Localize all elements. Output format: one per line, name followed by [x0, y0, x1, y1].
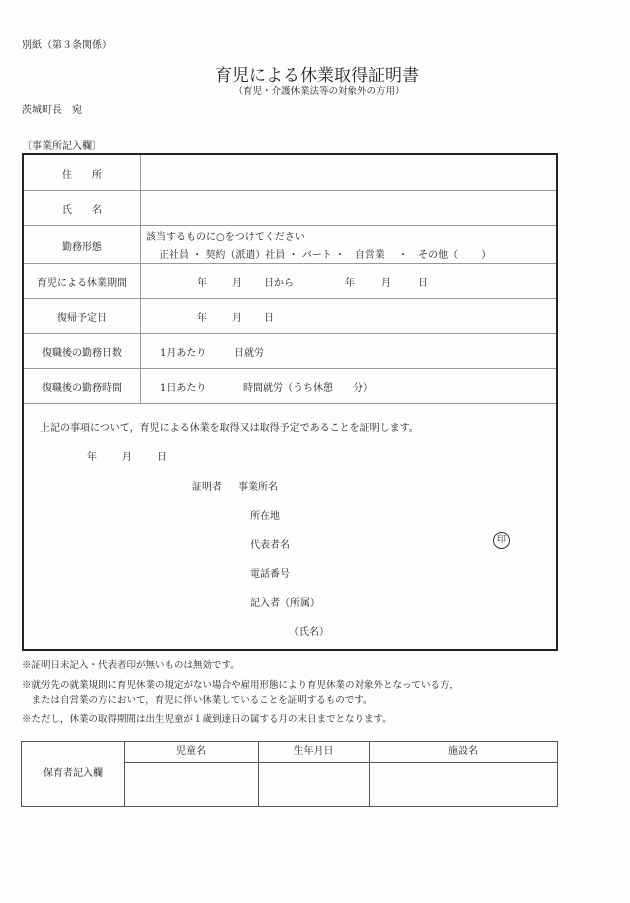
- certification-statement: 上記の事項について，育児による休業を取得又は取得予定であることを証明します。: [40, 419, 419, 434]
- return-date-label: 復帰予定日: [24, 309, 140, 324]
- employer-form-table: 住 所 氏 名 勤務形態 該当するものに○をつけてください 正社員 ・ 契約（派…: [22, 153, 558, 651]
- leave-start-month[interactable]: 月: [232, 274, 242, 289]
- child-name-field[interactable]: [125, 762, 258, 806]
- location-label: 所在地: [250, 507, 280, 522]
- filler-affiliation-label: 記入者（所属）: [250, 594, 320, 609]
- filler-name-label: （氏名）: [289, 623, 329, 638]
- work-type-options[interactable]: 正社員 ・ 契約（派遣）社員 ・ パート ・ 自営業 ・ その他（ ）: [159, 246, 491, 261]
- representative-label: 代表者名: [250, 536, 290, 551]
- nursery-table: 保育者記入欄 児童名 生年月日 施設名: [21, 741, 558, 807]
- row-divider: [24, 368, 556, 369]
- working-hours-suffix[interactable]: 時間就労（うち休憩 分）: [243, 379, 373, 394]
- return-month[interactable]: 月: [232, 309, 242, 324]
- address-label: 住 所: [24, 166, 140, 181]
- note-1: ※証明日未記入・代表者印が無いものは無効です。: [22, 657, 240, 671]
- name-label: 氏 名: [24, 201, 140, 216]
- cert-year[interactable]: 年: [87, 448, 97, 463]
- name-field[interactable]: [144, 191, 554, 225]
- nursery-section-label: 保育者記入欄: [22, 742, 124, 806]
- cert-month[interactable]: 月: [122, 448, 132, 463]
- annex-label: 別紙（第３条関係）: [22, 36, 112, 51]
- leave-start-year[interactable]: 年: [197, 274, 207, 289]
- cert-day[interactable]: 日: [157, 448, 167, 463]
- leave-end-year[interactable]: 年: [345, 274, 355, 289]
- addressee: 茨城町長 宛: [22, 101, 82, 116]
- row-divider: [24, 298, 556, 299]
- work-type-instruction: 該当するものに○をつけてください: [146, 228, 305, 243]
- label-column-divider: [140, 155, 141, 403]
- return-day[interactable]: 日: [264, 309, 274, 324]
- birthdate-field[interactable]: [259, 762, 369, 806]
- leave-end-day[interactable]: 日: [418, 274, 428, 289]
- note-2-cont: または自営業の方において，育児に伴い休業していることを証明するものです。: [22, 692, 373, 706]
- note-3: ※ただし，休業の取得期間は出生児童が１歳到達日の属する月の末日までとなります。: [22, 711, 392, 725]
- business-name-label: 事業所名: [238, 478, 278, 493]
- work-type-label: 勤務形態: [24, 238, 140, 253]
- address-field[interactable]: [144, 155, 554, 189]
- section-label: 〔事業所記入欄〕: [22, 137, 102, 152]
- working-days-label: 復職後の勤務日数: [24, 344, 140, 359]
- working-hours-label: 復職後の勤務時間: [24, 379, 140, 394]
- row-divider: [24, 225, 556, 226]
- leave-period-label: 育児による休業期間: [24, 274, 140, 289]
- row-divider: [24, 263, 556, 264]
- leave-start-day[interactable]: 日から: [264, 274, 294, 289]
- working-hours-prefix: 1日あたり: [160, 379, 206, 394]
- working-days-prefix: 1月あたり: [160, 344, 206, 359]
- working-days-suffix[interactable]: 日就労: [234, 344, 264, 359]
- page-subtitle: （育児・介護休業法等の対象外の方用）: [0, 83, 630, 97]
- row-divider: [24, 333, 556, 334]
- phone-label: 電話番号: [250, 565, 290, 580]
- col-facility-name: 施設名: [369, 742, 557, 762]
- row-divider: [24, 403, 556, 404]
- certifier-label: 証明者: [192, 478, 222, 493]
- return-year[interactable]: 年: [197, 309, 207, 324]
- leave-end-month[interactable]: 月: [381, 274, 391, 289]
- seal-mark-icon: 印: [493, 532, 510, 549]
- facility-name-field[interactable]: [370, 762, 556, 806]
- note-2: ※就労先の就業規則に育児休業の規定がない場合や雇用形態により育児休業の対象外とな…: [22, 677, 459, 691]
- col-child-name: 児童名: [124, 742, 258, 762]
- col-birthdate: 生年月日: [258, 742, 369, 762]
